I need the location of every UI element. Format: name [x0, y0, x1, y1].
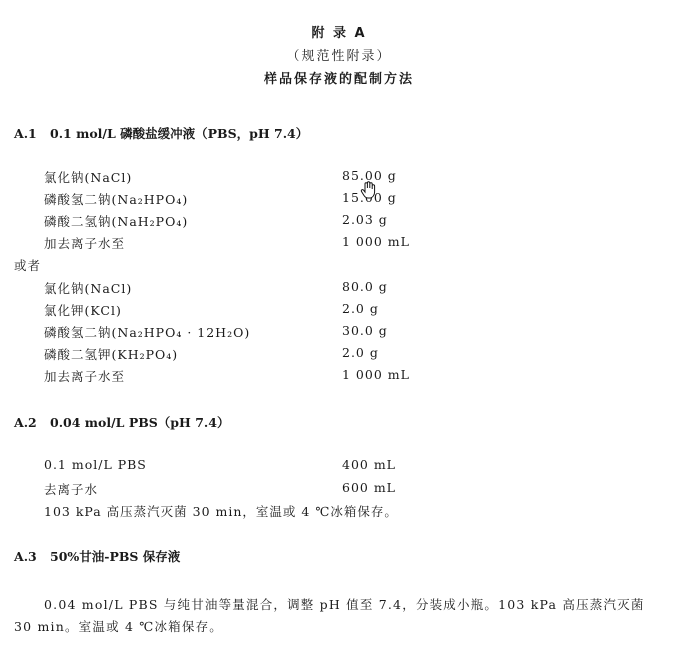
appendix-title: 样品保存液的配制方法 [0, 68, 678, 87]
recipe-item-label: 磷酸二氢钠(NaH₂PO₄) [44, 212, 188, 230]
recipe-item-value: 80.0 g [342, 279, 388, 294]
recipe-item-value: 2.03 g [342, 212, 388, 227]
section-title: 0.1 mol/L 磷酸盐缓冲液（PBS，pH 7.4） [50, 126, 308, 141]
section-number: A.2 [14, 415, 50, 430]
alternative-label: 或者 [14, 256, 41, 274]
recipe-item-label: 磷酸二氢钾(KH₂PO₄) [44, 345, 178, 363]
section-number: A.3 [14, 549, 50, 564]
recipe-item-label: 磷酸氢二钠(Na₂HPO₄ · 12H₂O) [44, 323, 250, 341]
recipe-item-label: 0.1 mol/L PBS [44, 457, 147, 472]
recipe-item-label: 氯化钠(NaCl) [44, 168, 132, 186]
section-heading: A.10.1 mol/L 磷酸盐缓冲液（PBS，pH 7.4） [14, 124, 308, 142]
appendix-label: 附 录 A [0, 22, 678, 41]
recipe-item-label: 加去离子水至 [44, 367, 125, 385]
appendix-type: （规范性附录） [0, 45, 678, 64]
recipe-item-label: 去离子水 [44, 480, 98, 498]
hand-pointer-icon [360, 181, 376, 199]
recipe-item-value: 1 000 mL [342, 367, 410, 382]
recipe-item-label: 氯化钾(KCl) [44, 301, 122, 319]
recipe-item-value: 1 000 mL [342, 234, 410, 249]
section-heading: A.20.04 mol/L PBS（pH 7.4） [14, 413, 229, 431]
paragraph-line: 0.04 mol/L PBS 与纯甘油等量混合，调整 pH 值至 7.4，分装成… [44, 595, 645, 613]
section-heading: A.350%甘油-PBS 保存液 [14, 547, 180, 565]
recipe-item-value: 2.0 g [342, 301, 379, 316]
sterilization-note: 103 kPa 高压蒸汽灭菌 30 min，室温或 4 ℃冰箱保存。 [44, 502, 398, 520]
recipe-item-value: 30.0 g [342, 323, 388, 338]
section-title: 0.04 mol/L PBS（pH 7.4） [50, 415, 229, 430]
recipe-item-value: 600 mL [342, 480, 396, 495]
paragraph-line: 30 min。室温或 4 ℃冰箱保存。 [14, 617, 223, 635]
recipe-item-label: 加去离子水至 [44, 234, 125, 252]
recipe-item-label: 氯化钠(NaCl) [44, 279, 132, 297]
recipe-item-value: 400 mL [342, 457, 396, 472]
section-number: A.1 [14, 126, 50, 141]
recipe-item-label: 磷酸氢二钠(Na₂HPO₄) [44, 190, 188, 208]
section-title: 50%甘油-PBS 保存液 [50, 549, 180, 564]
recipe-item-value: 2.0 g [342, 345, 379, 360]
